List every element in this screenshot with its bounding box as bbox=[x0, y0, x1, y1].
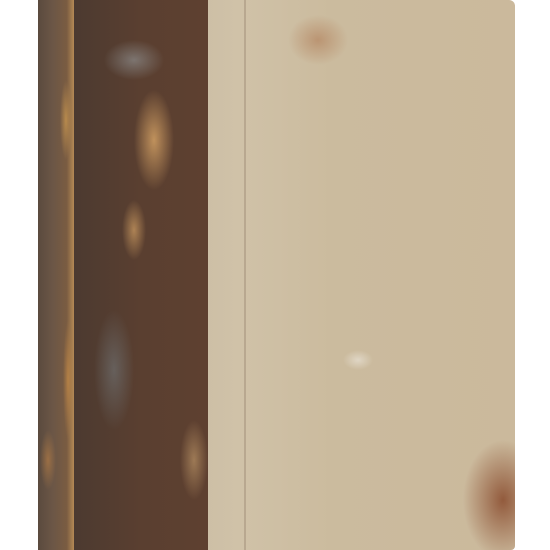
leather-spine bbox=[74, 0, 208, 550]
spine-edge bbox=[38, 0, 74, 550]
book-cover bbox=[38, 0, 515, 550]
paper-board bbox=[208, 0, 515, 550]
board-fold-line bbox=[244, 0, 246, 550]
